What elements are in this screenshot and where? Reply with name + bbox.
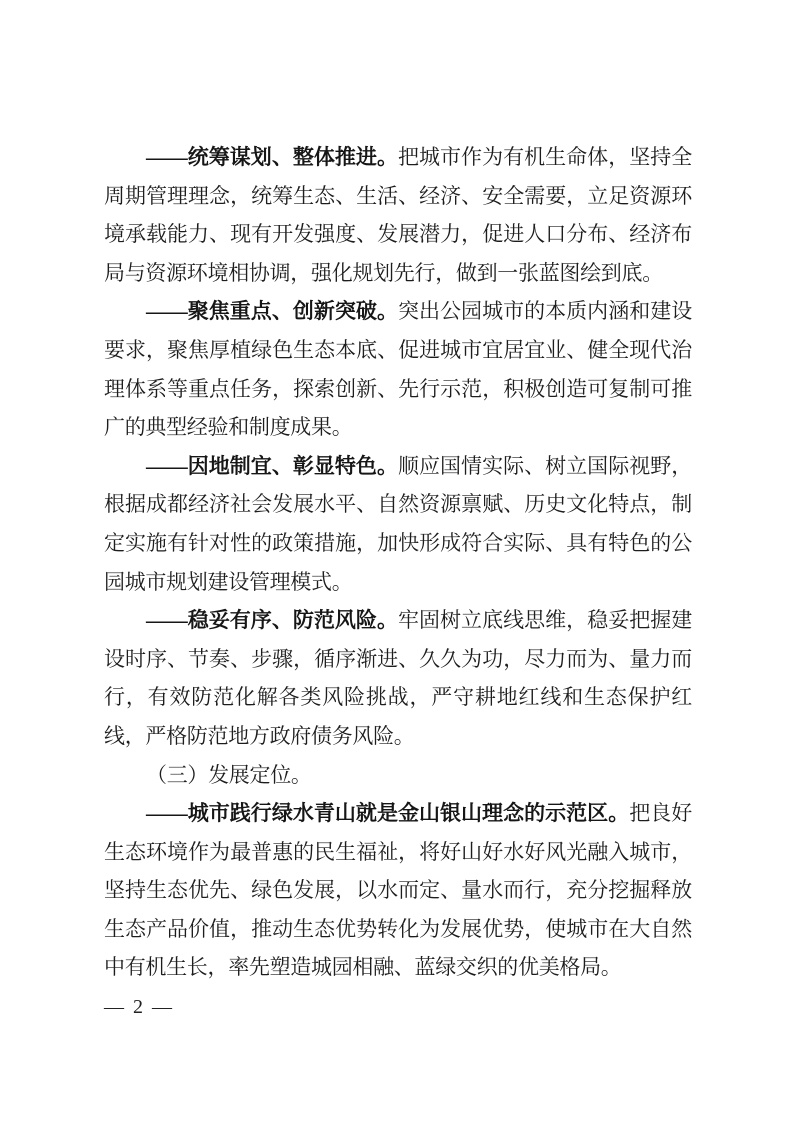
paragraph-text: 把良好生态环境作为最普惠的民生福祉，将好山好水好风光融入城市，坚持生态优先、绿色… bbox=[104, 801, 692, 979]
section-heading: （三）发展定位。 bbox=[104, 756, 692, 795]
paragraph-lead: ——因地制宜、彰显特色。 bbox=[146, 454, 398, 478]
paragraph-lead: ——稳妥有序、防范风险。 bbox=[146, 608, 398, 632]
document-page: ——统筹谋划、整体推进。把城市作为有机生命体，坚持全周期管理理念，统筹生态、生活… bbox=[0, 0, 794, 1123]
paragraph-dash-item: ——城市践行绿水青山就是金山银山理念的示范区。把良好生态环境作为最普惠的民生福祉… bbox=[104, 794, 692, 987]
paragraph-lead: ——聚焦重点、创新突破。 bbox=[146, 299, 398, 323]
paragraph-dash-item: ——因地制宜、彰显特色。顺应国情实际、树立国际视野，根据成都经济社会发展水平、自… bbox=[104, 447, 692, 601]
paragraph-dash-item: ——统筹谋划、整体推进。把城市作为有机生命体，坚持全周期管理理念，统筹生态、生活… bbox=[104, 138, 692, 292]
paragraph-lead: ——城市践行绿水青山就是金山银山理念的示范区。 bbox=[146, 801, 629, 825]
paragraph-dash-item: ——聚焦重点、创新突破。突出公园城市的本质内涵和建设要求，聚焦厚植绿色生态本底、… bbox=[104, 292, 692, 446]
paragraph-lead: ——统筹谋划、整体推进。 bbox=[146, 145, 398, 169]
paragraph-dash-item: ——稳妥有序、防范风险。牢固树立底线思维，稳妥把握建设时序、节奏、步骤，循序渐进… bbox=[104, 601, 692, 755]
section-heading-text: （三）发展定位。 bbox=[146, 763, 312, 787]
document-body: ——统筹谋划、整体推进。把城市作为有机生命体，坚持全周期管理理念，统筹生态、生活… bbox=[104, 138, 692, 987]
page-number: — 2 — bbox=[104, 996, 174, 1019]
